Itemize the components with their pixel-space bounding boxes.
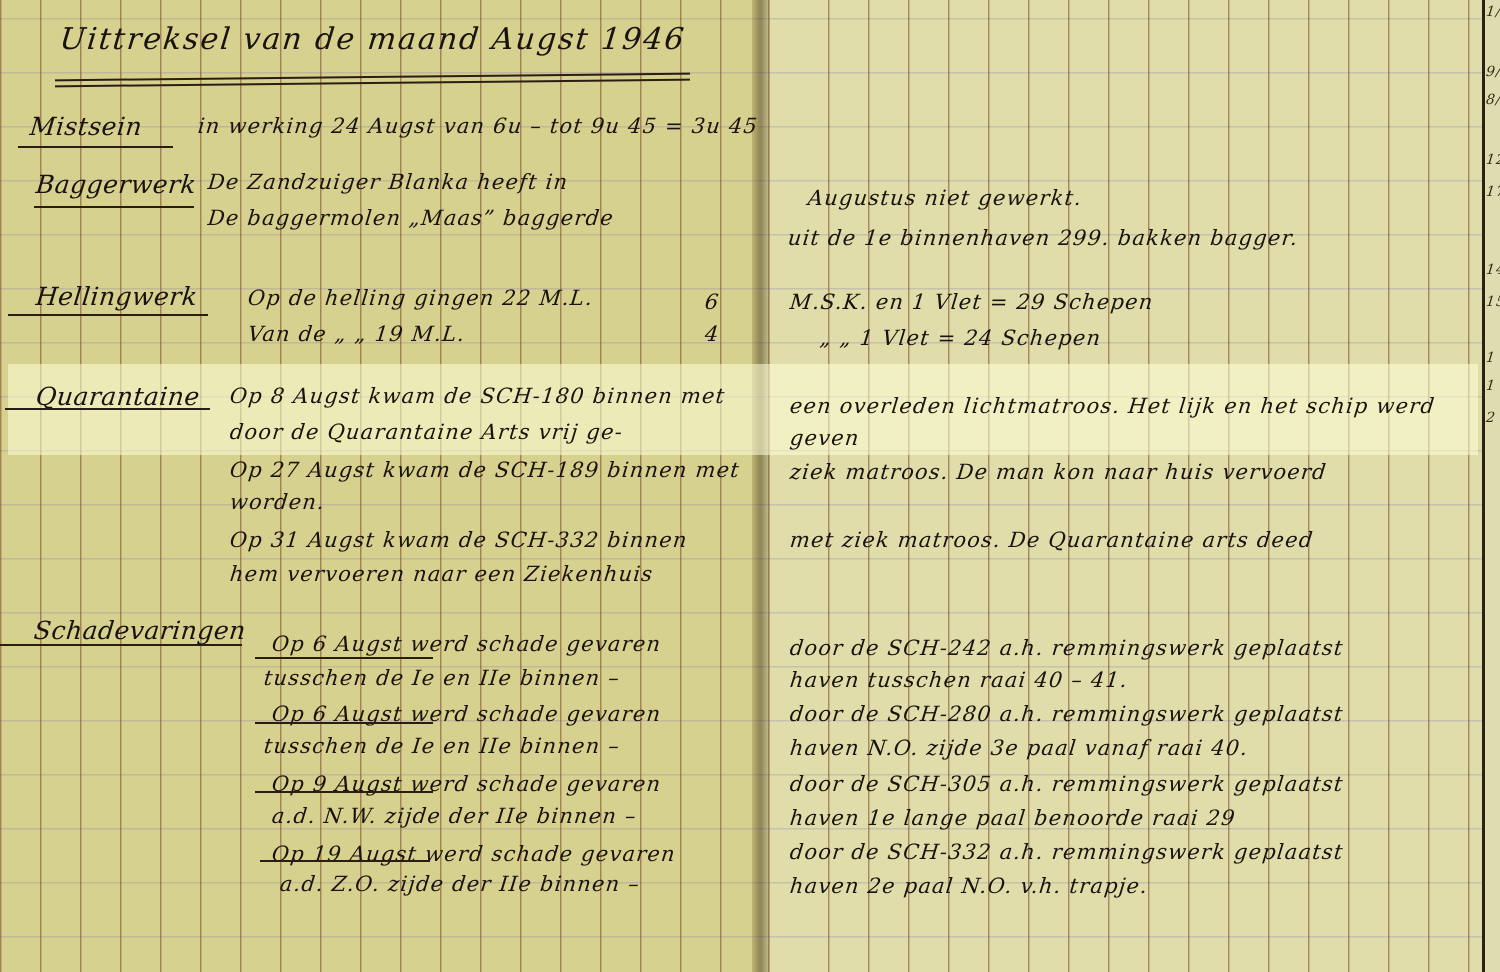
page-title: Uittreksel van de maand Augst 1946 <box>58 22 687 57</box>
margin-number: 8/ <box>1485 92 1500 108</box>
margin-number: 12 <box>1485 152 1500 168</box>
quarantaine-left-line: hem vervoeren naar een Ziekenhuis <box>229 562 655 586</box>
quarantaine-right-line: geven <box>789 426 861 450</box>
date-underline <box>255 722 433 724</box>
mistsein-line: in werking 24 Augst van 6u – tot 9u 45 =… <box>197 114 760 138</box>
category-underline <box>8 314 208 316</box>
quarantaine-left-line: worden. <box>229 490 327 514</box>
schade-right-line: door de SCH-332 a.h. remmingswerk geplaa… <box>789 840 1345 864</box>
hellingwerk-left-line: Op de helling gingen 22 M.L. <box>247 286 595 310</box>
margin-number: 15 <box>1485 294 1500 310</box>
category-underline <box>34 206 194 208</box>
margin-number: 9/ <box>1485 64 1500 80</box>
book-gutter <box>752 0 770 972</box>
margin-number: 1 <box>1485 378 1497 394</box>
schade-right-line: haven 2e paal N.O. v.h. trapje. <box>789 874 1150 898</box>
quarantaine-left-line: Op 27 Augst kwam de SCH-189 binnen met <box>229 458 741 482</box>
hellingwerk-count: 4 <box>704 322 721 346</box>
margin-number: 14 <box>1485 262 1500 278</box>
margin-number: 1/ <box>1485 4 1500 20</box>
margin-number: 2 <box>1485 410 1497 426</box>
baggerwerk-left-line: De Zandzuiger Blanka heeft in <box>207 170 570 194</box>
schade-right-line: haven tusschen raai 40 – 41. <box>789 668 1130 692</box>
baggerwerk-right-line: Augustus niet gewerkt. <box>807 186 1084 210</box>
schade-left-line: Op 6 Augst werd schade gevaren <box>271 632 663 656</box>
right-margin <box>1485 0 1500 972</box>
quarantaine-right-line: met ziek matroos. De Quarantaine arts de… <box>789 528 1315 552</box>
quarantaine-left-line: Op 31 Augst kwam de SCH-332 binnen <box>229 528 689 552</box>
quarantaine-right-line: een overleden lichtmatroos. Het lijk en … <box>789 394 1437 418</box>
category-underline <box>5 408 210 410</box>
category-hellingwerk: Hellingwerk <box>34 282 199 311</box>
schade-left-line: a.d. Z.O. zijde der IIe binnen – <box>279 872 642 896</box>
quarantaine-right-line: ziek matroos. De man kon naar huis vervo… <box>789 460 1328 484</box>
margin-rule <box>1482 0 1485 972</box>
schade-right-line: haven 1e lange paal benoorde raai 29 <box>789 806 1237 830</box>
baggerwerk-right-line: uit de 1e binnenhaven 299. bakken bagger… <box>787 226 1300 250</box>
schade-left-line: Op 19 Augst werd schade gevaren <box>271 842 677 866</box>
category-quarantaine: Quarantaine <box>34 382 201 411</box>
schade-right-line: door de SCH-280 a.h. remmingswerk geplaa… <box>789 702 1345 726</box>
margin-number: 1 <box>1485 350 1497 366</box>
schade-right-line: door de SCH-242 a.h. remmingswerk geplaa… <box>789 636 1345 660</box>
baggerwerk-left-line: De baggermolen „Maas” baggerde <box>207 206 615 230</box>
category-schadevaringen: Schadevaringen <box>32 616 247 645</box>
date-underline <box>255 657 433 659</box>
schade-left-line: a.d. N.W. zijde der IIe binnen – <box>271 804 638 828</box>
quarantaine-left-line: Op 8 Augst kwam de SCH-180 binnen met <box>229 384 727 408</box>
hellingwerk-right-line: „ „ 1 Vlet = 24 Schepen <box>819 326 1103 350</box>
margin-number: 17 <box>1485 184 1500 200</box>
category-underline <box>0 644 242 646</box>
schade-left-line: tusschen de Ie en IIe binnen – <box>263 734 622 758</box>
date-underline <box>255 791 433 793</box>
category-underline <box>18 146 173 148</box>
date-underline <box>260 860 430 862</box>
hellingwerk-right-line: M.S.K. en 1 Vlet = 29 Schepen <box>789 290 1155 314</box>
category-baggerwerk: Baggerwerk <box>34 170 197 199</box>
hellingwerk-count: 6 <box>704 290 721 314</box>
hellingwerk-left-line: Van de „ „ 19 M.L. <box>247 322 467 346</box>
schade-right-line: door de SCH-305 a.h. remmingswerk geplaa… <box>789 772 1345 796</box>
category-mistsein: Mistsein <box>28 112 143 141</box>
schade-left-line: tusschen de Ie en IIe binnen – <box>263 666 622 690</box>
schade-right-line: haven N.O. zijde 3e paal vanaf raai 40. <box>789 736 1250 760</box>
quarantaine-left-line: door de Quarantaine Arts vrij ge- <box>229 420 625 444</box>
